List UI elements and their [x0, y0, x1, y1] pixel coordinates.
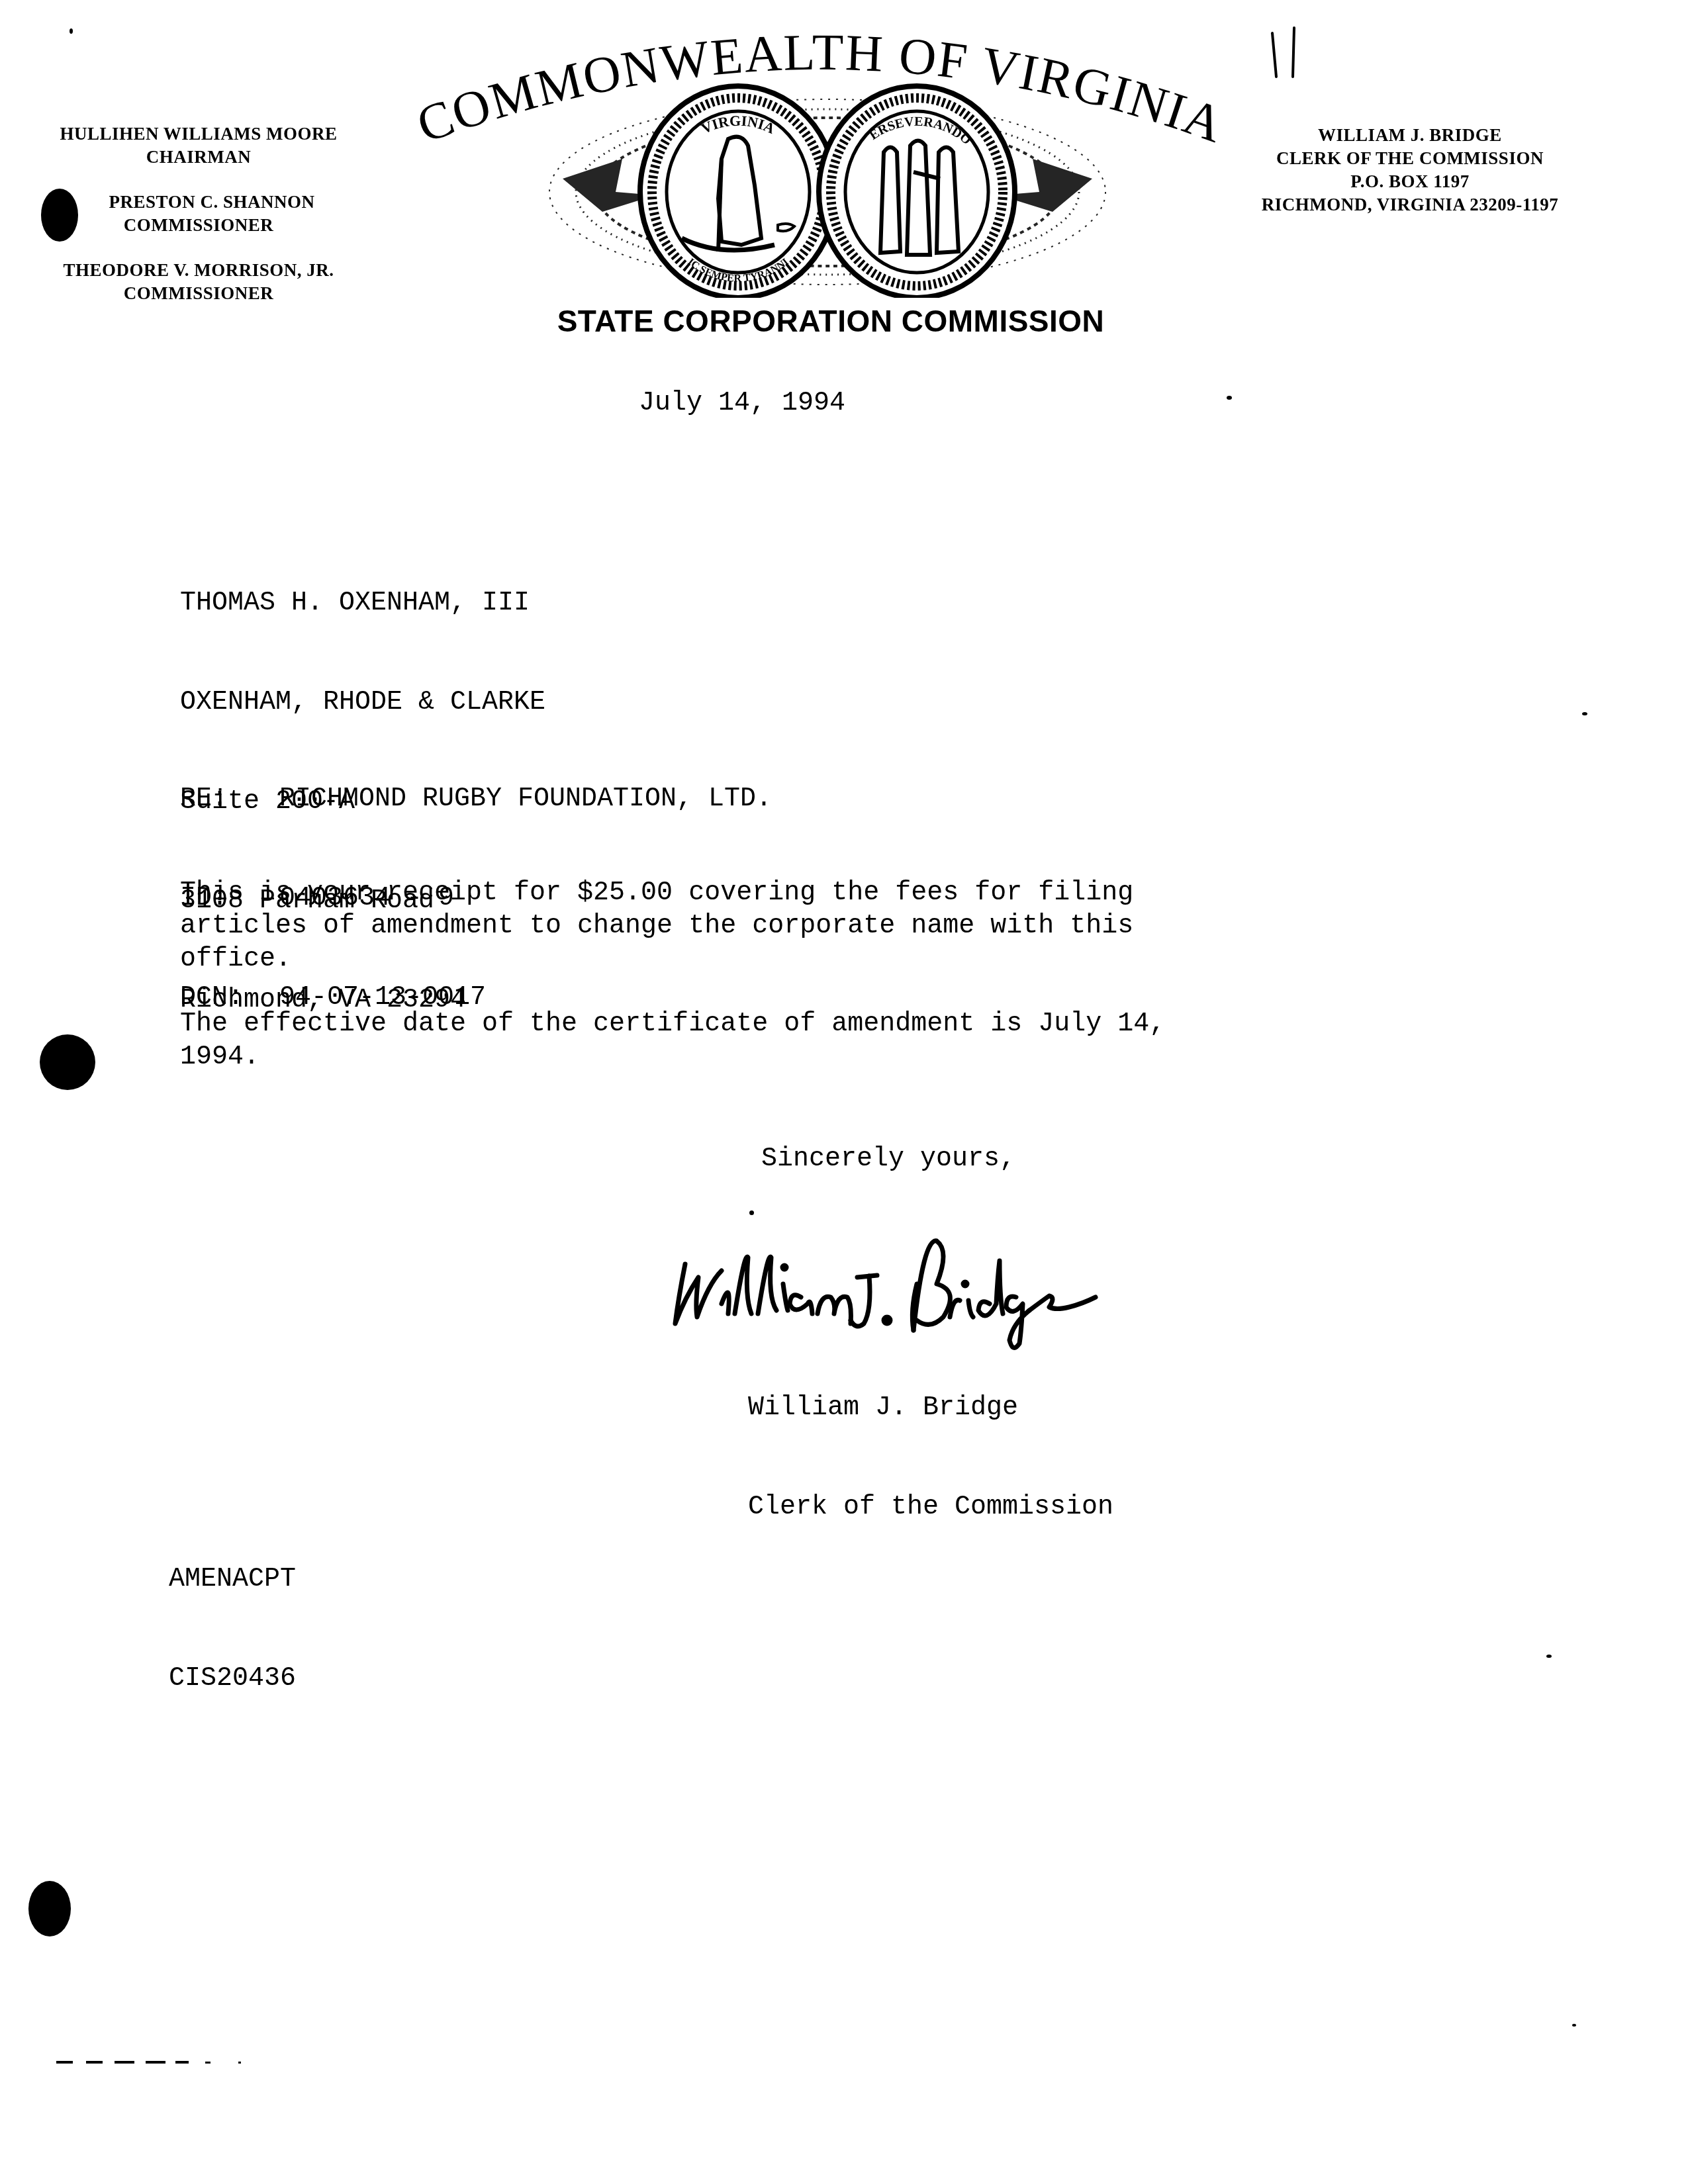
official-title: CHAIRMAN: [46, 146, 351, 169]
reference-value: RICHMOND RUGBY FOUNDATION, LTD.: [279, 783, 772, 816]
body-paragraph-receipt: This is your receipt for $25.00 covering…: [180, 877, 1199, 976]
clerk-title: CLERK OF THE COMMISSION: [1225, 147, 1595, 170]
footer-codes: AMENACPT CIS20436: [169, 1497, 296, 1729]
clerk-address-block: WILLIAM J. BRIDGE CLERK OF THE COMMISSIO…: [1225, 124, 1595, 216]
signer-block: William J. Bridge Clerk of the Commissio…: [748, 1326, 1113, 1557]
closing-salutation: Sincerely yours,: [761, 1143, 1015, 1176]
body-paragraph-effective-date: The effective date of the certificate of…: [180, 1008, 1213, 1074]
reference-row: RE: RICHMOND RUGBY FOUNDATION, LTD.: [180, 783, 772, 816]
system-code: CIS20436: [169, 1662, 296, 1696]
document-code: AMENACPT: [169, 1563, 296, 1596]
commissioners-list: HULLIHEN WILLIAMS MOORE CHAIRMAN PRESTON…: [46, 122, 351, 327]
signer-title: Clerk of the Commission: [748, 1491, 1113, 1524]
official-name: THEODORE V. MORRISON, JR.: [46, 259, 351, 282]
hole-punch-bottom: [28, 1881, 71, 1936]
scan-speck: [1582, 712, 1587, 715]
official-chairman: HULLIHEN WILLIAMS MOORE CHAIRMAN: [46, 122, 351, 169]
clerk-po-box: P.O. BOX 1197: [1225, 170, 1595, 193]
official-title: COMMISSIONER: [46, 214, 351, 237]
scan-speck: [1546, 1655, 1552, 1658]
handwritten-page-mark: [1264, 26, 1304, 79]
footer-scan-marks: [56, 2060, 248, 2065]
clerk-name: WILLIAM J. BRIDGE: [1225, 124, 1595, 147]
hole-punch-middle: [40, 1034, 95, 1090]
scan-speck: [1227, 396, 1232, 400]
official-commissioner-1: PRESTON C. SHANNON COMMISSIONER: [46, 191, 351, 237]
reference-label: RE:: [180, 783, 279, 816]
official-title: COMMISSIONER: [46, 282, 351, 305]
scan-speck: [749, 1210, 754, 1215]
organization-name: STATE CORPORATION COMMISSION: [463, 303, 1198, 339]
clerk-city-line: RICHMOND, VIRGINIA 23209-1197: [1225, 193, 1595, 216]
recipient-name: THOMAS H. OXENHAM, III: [180, 587, 545, 620]
scan-speck: [1572, 2024, 1576, 2026]
scan-speck: [70, 28, 73, 34]
hole-punch-top: [41, 189, 78, 242]
recipient-firm: OXENHAM, RHODE & CLARKE: [180, 686, 545, 719]
official-name: HULLIHEN WILLIAMS MOORE: [46, 122, 351, 146]
signer-name: William J. Bridge: [748, 1392, 1113, 1425]
official-name: PRESTON C. SHANNON: [46, 191, 351, 214]
official-commissioner-2: THEODORE V. MORRISON, JR. COMMISSIONER: [46, 259, 351, 305]
virginia-seal: VIRGINIA SIC SEMPER TYRANNIS PERSEVERAND…: [523, 79, 1132, 298]
letter-date: July 14, 1994: [639, 387, 845, 420]
